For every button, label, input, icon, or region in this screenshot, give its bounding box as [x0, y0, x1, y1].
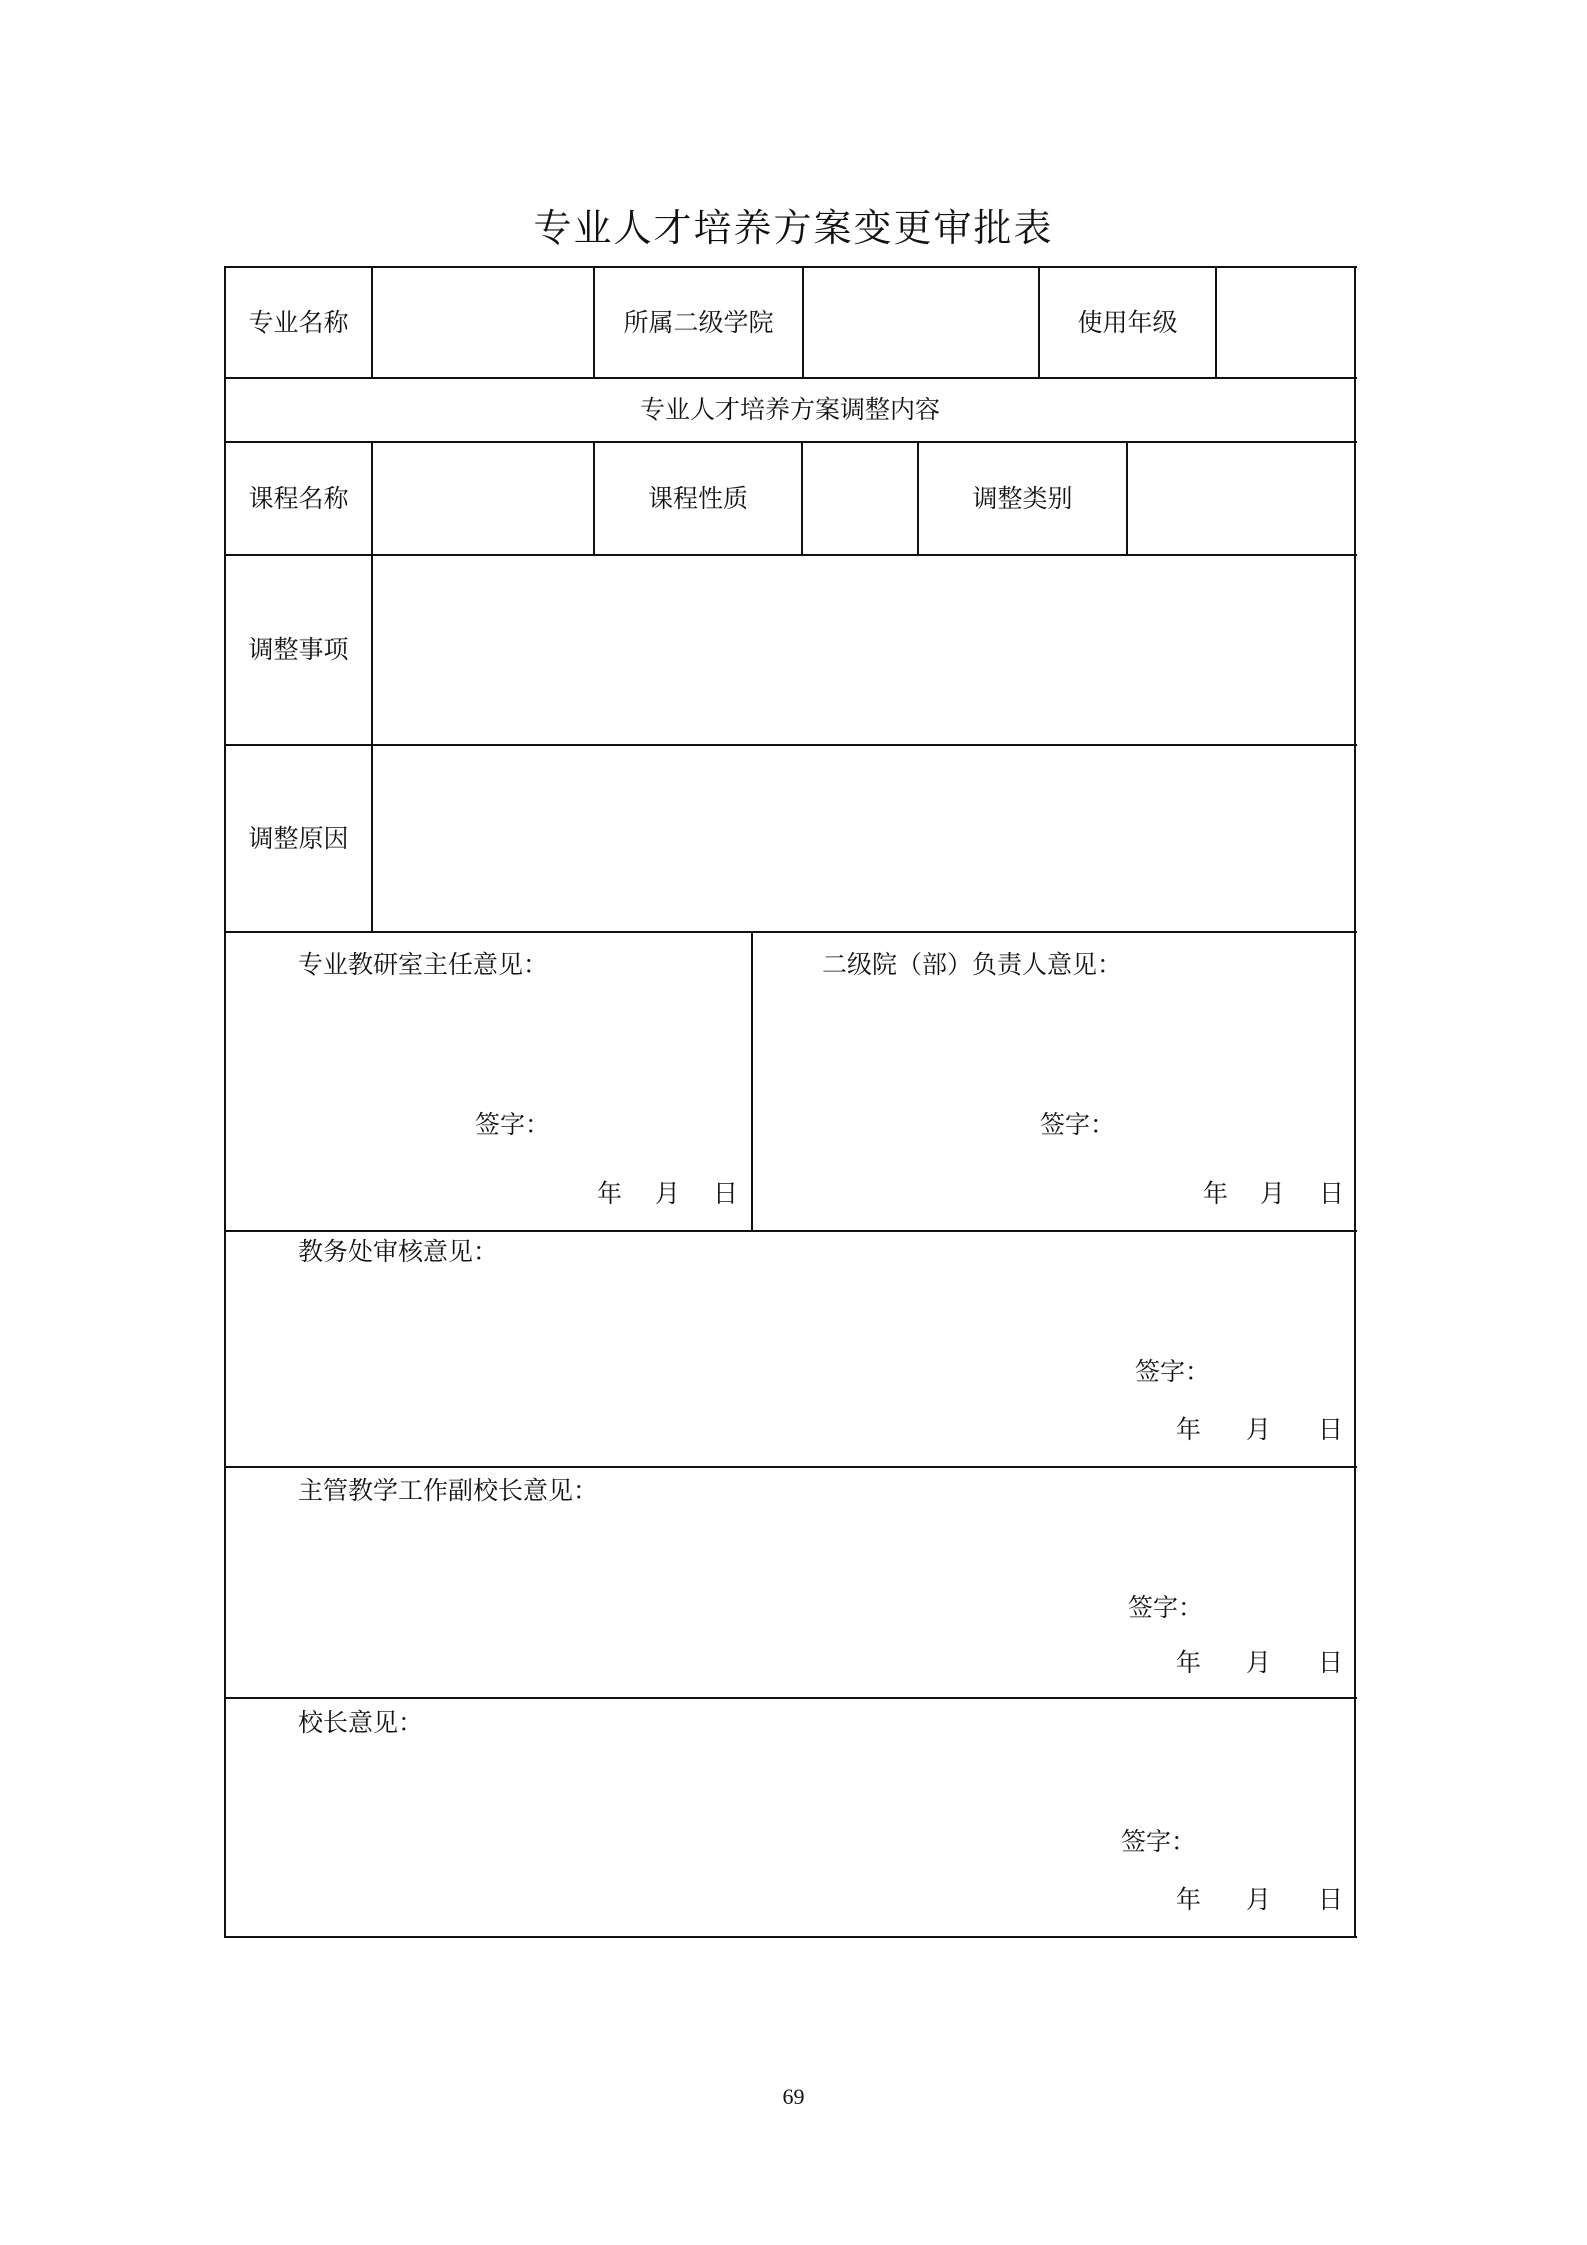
page-title: 专业人才培养方案变更审批表 — [0, 202, 1587, 254]
academic-affairs-opinion-label: 教务处审核意见： — [298, 1237, 498, 1267]
table-border-right — [1354, 266, 1356, 1938]
president-date-year: 年 — [1176, 1885, 1201, 1915]
president-date-day: 日 — [1318, 1885, 1343, 1915]
director-date-day: 日 — [713, 1179, 738, 1209]
academic-affairs-date-month: 月 — [1246, 1415, 1271, 1445]
director-date-month: 月 — [655, 1179, 680, 1209]
director-sign-label: 签字： — [475, 1110, 550, 1140]
course-name-field[interactable] — [373, 443, 593, 554]
college-head-date-month: 月 — [1260, 1179, 1285, 1209]
course-nature-label: 课程性质 — [595, 443, 801, 554]
president-sign-label: 签字： — [1121, 1827, 1196, 1857]
academic-affairs-sign-label: 签字： — [1135, 1357, 1210, 1387]
course-name-label: 课程名称 — [226, 443, 371, 554]
academic-affairs-date-year: 年 — [1176, 1415, 1201, 1445]
table-border-bottom — [225, 1936, 1357, 1938]
director-date-year: 年 — [597, 1179, 622, 1209]
president-date-month: 月 — [1246, 1885, 1271, 1915]
vice-president-date-month: 月 — [1246, 1648, 1271, 1678]
vice-president-date-day: 日 — [1318, 1648, 1343, 1678]
director-opinion-label: 专业教研室主任意见： — [298, 950, 548, 980]
major-name-field[interactable] — [373, 268, 593, 377]
major-name-label: 专业名称 — [226, 268, 371, 377]
grade-field[interactable] — [1217, 268, 1354, 377]
vice-president-opinion-label: 主管教学工作副校长意见： — [298, 1476, 598, 1506]
section-header: 专业人才培养方案调整内容 — [226, 379, 1354, 441]
college-head-sign-label: 签字： — [1040, 1110, 1115, 1140]
adjust-items-label: 调整事项 — [226, 556, 371, 744]
adjust-reason-label: 调整原因 — [226, 746, 371, 931]
course-nature-field[interactable] — [803, 443, 917, 554]
president-opinion-label: 校长意见： — [298, 1708, 423, 1738]
adjust-type-field[interactable] — [1128, 443, 1354, 554]
adjust-reason-field[interactable] — [373, 746, 1354, 931]
adjust-type-label: 调整类别 — [919, 443, 1126, 554]
college-head-date-year: 年 — [1203, 1179, 1228, 1209]
vice-president-sign-label: 签字： — [1128, 1593, 1203, 1623]
vice-president-date-year: 年 — [1176, 1648, 1201, 1678]
adjust-items-field[interactable] — [373, 556, 1354, 744]
college-head-opinion-label: 二级院（部）负责人意见： — [822, 950, 1122, 980]
academic-affairs-date-day: 日 — [1318, 1415, 1343, 1445]
page-number: 69 — [0, 2084, 1587, 2110]
college-head-date-day: 日 — [1319, 1179, 1344, 1209]
college-field[interactable] — [804, 268, 1038, 377]
grade-label: 使用年级 — [1040, 268, 1215, 377]
college-label: 所属二级学院 — [595, 268, 802, 377]
